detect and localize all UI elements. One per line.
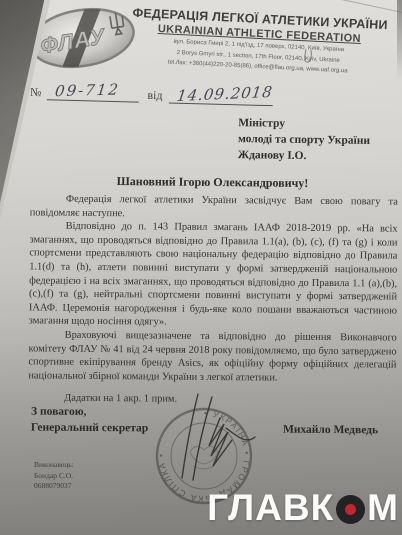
executor-phone: 0688079037: [34, 481, 74, 492]
closing-block: З повагою, Генеральний секретар: [31, 404, 148, 437]
pen-mark: [302, 48, 316, 68]
body-paragraph-3: Враховуючі вищезазначене та відповідно д…: [28, 328, 396, 386]
executor-block: Виконавець: Бондар С.О. 0688079037: [34, 460, 74, 492]
paper-corner-fold: [311, 0, 402, 16]
watermark-text-left: ГЛАВК: [207, 487, 334, 529]
watermark-text-right: М: [367, 487, 399, 529]
closing-line-2: Генеральний секретар: [31, 420, 148, 437]
reference-line: №09-712від14.09.2018: [30, 83, 273, 106]
signer-name: Михайло Медведь: [283, 424, 378, 437]
executor-name: Бондар С.О.: [34, 471, 74, 482]
ref-date-label: від: [147, 88, 162, 102]
red-dot: [345, 504, 356, 515]
camera-lens-icon: [336, 495, 365, 524]
letterhead: ФЕДЕРАЦІЯ ЛЕГКОЇ АТЛЕТИКИ УКРАЇНИ UKRAIN…: [117, 5, 402, 78]
salutation: Шановний Ігорю Олександровичу!: [28, 173, 397, 192]
addressee-line: молоді та спорту України: [238, 131, 370, 149]
ref-date-handwritten: 14.09.2018: [175, 83, 273, 105]
document-photo: ФЛАУ ФЕДЕРАЦІЯ ЛЕГКОЇ АТЛЕТИКИ УКРАЇНИ U…: [0, 0, 402, 535]
body-paragraph-2: Відповідно до п. 143 Правил змагань ІААФ…: [29, 220, 398, 332]
closing-line-1: З повагою,: [31, 404, 148, 421]
ref-number-handwritten: 09-712: [55, 80, 122, 100]
executor-label: Виконавець:: [34, 460, 74, 471]
addressee-line: Жданову І.О.: [238, 147, 370, 165]
ref-number-blank: 09-712: [47, 83, 139, 102]
addressee-block: Міністру молоді та спорту України Жданов…: [238, 115, 371, 165]
letter-paper: ФЛАУ ФЕДЕРАЦІЯ ЛЕГКОЇ АТЛЕТИКИ УКРАЇНИ U…: [0, 0, 402, 535]
body-paragraph-1: Федерація легкої атлетики України засвід…: [30, 192, 398, 222]
glavcom-watermark: ГЛАВК М: [207, 487, 399, 529]
letter-body: Федерація легкої атлетики України засвід…: [28, 192, 398, 408]
addressee-line: Міністру: [238, 115, 370, 133]
ref-number-label: №: [30, 85, 42, 99]
ref-date-blank: 14.09.2018: [168, 86, 272, 106]
